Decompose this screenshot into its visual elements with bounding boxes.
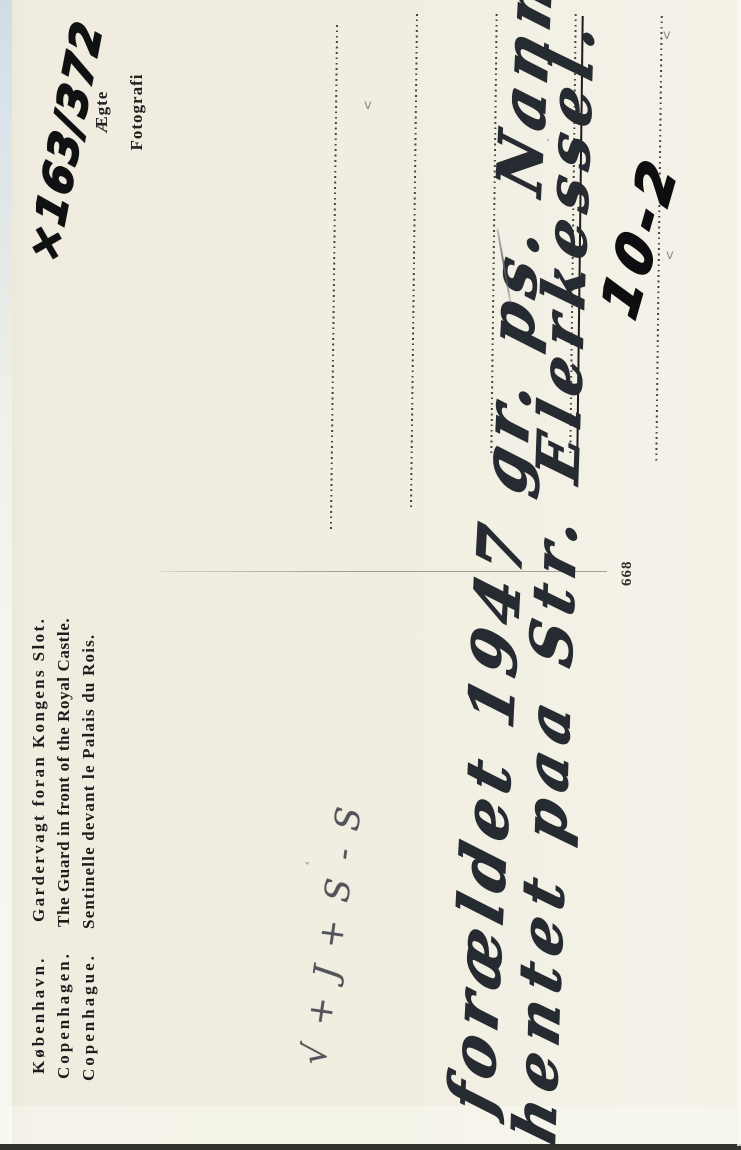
postcard-back-scan: Ægte Fotografi 668 København. Gardervagt…	[0, 0, 741, 1150]
scan-left-edge	[0, 0, 12, 1146]
stamp-label-line-2: Fotografi	[119, 64, 154, 160]
card-right-edge	[737, 0, 741, 1146]
address-dotted-line-2	[410, 14, 418, 508]
caption-text-danish: Gardervagt foran Kongens Slot.	[28, 617, 50, 922]
print-number: 668	[619, 561, 636, 587]
caption-city-english: Copenhagen.	[53, 927, 75, 1079]
address-dotted-line-1	[330, 25, 338, 530]
card-bottom-highlight	[0, 1106, 741, 1144]
pencil-tick: ˇ	[304, 862, 311, 877]
caption-line-english: Copenhagen. The Guard in front of the Ro…	[53, 587, 75, 1079]
caption-line-french: Copenhague. Sentinelle devant le Palais …	[78, 589, 100, 1081]
caption-text-french: Sentinelle devant le Palais du Rois.	[78, 634, 100, 929]
handwritten-corner-note: 10-2	[594, 146, 688, 326]
pencil-notation: √+J+S-S	[296, 787, 370, 1067]
pencil-tick: ·	[546, 134, 550, 149]
pencil-tick: v	[663, 28, 671, 43]
card-bottom-edge-shadow	[0, 1144, 741, 1150]
caption-city-danish: København.	[28, 922, 50, 1074]
caption-line-danish: København. Gardervagt foran Kongens Slot…	[28, 582, 50, 1074]
caption-city-french: Copenhague.	[78, 929, 100, 1081]
pencil-tick: v	[364, 98, 372, 113]
pencil-tick: v	[666, 248, 674, 263]
caption-text-english: The Guard in front of the Royal Castle.	[53, 618, 75, 927]
